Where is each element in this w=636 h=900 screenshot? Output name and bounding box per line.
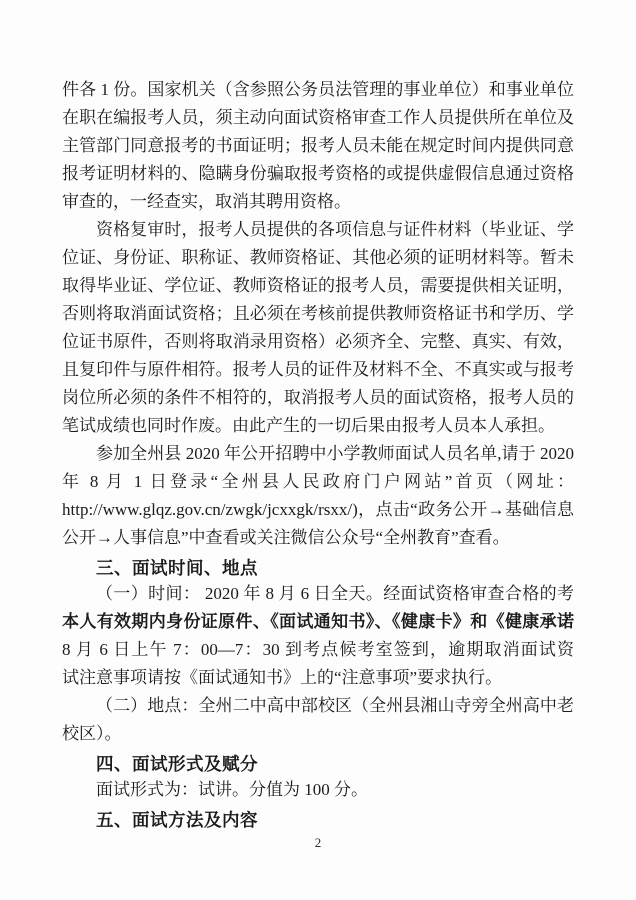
bold-text-segment: 五、面试方法及内容: [96, 810, 258, 830]
text-segment: 年 8 月 1 日登录“全州县人民政府门户网站”首页（网址：: [62, 472, 574, 491]
text-line: 公开→人事信息”中查看或关注微信公众号“全州教育”查看。: [62, 524, 574, 552]
text-segment: 在职在编报考人员，须主动向面试资格审查工作人员提供所在单位及: [62, 108, 574, 127]
text-segment: 取得毕业证、学位证、教师资格证的报考人员，需要提供相关证明，: [62, 276, 574, 295]
text-line: 资格复审时，报考人员提供的各项信息与证件材料（毕业证、学: [62, 216, 574, 244]
text-segment: 件各 1 份。国家机关（含参照公务员法管理的事业单位）和事业单位: [62, 80, 574, 99]
text-segment: （二）地点：全州二中高中部校区（全州县湘山寺旁全州高中老: [96, 696, 574, 715]
text-segment: 资格复审时，报考人员提供的各项信息与证件材料（毕业证、学: [96, 220, 574, 239]
text-segment: 试注意事项请按《面试通知书》上的“注意事项”要求执行。: [62, 668, 502, 687]
text-line: 本人有效期内身份证原件、《面试通知书》、《健康卡》和《健康承诺书》于: [62, 608, 574, 636]
text-line: 参加全州县 2020 年公开招聘中小学教师面试人员名单,请于 2020: [62, 440, 574, 468]
text-line: 岗位所必须的条件不相符的，取消报考人员的面试资格，报考人员的: [62, 384, 574, 412]
section-heading: 五、面试方法及内容: [62, 804, 574, 832]
text-line: （二）地点：全州二中高中部校区（全州县湘山寺旁全州高中老: [62, 692, 574, 720]
text-line: 件各 1 份。国家机关（含参照公务员法管理的事业单位）和事业单位: [62, 76, 574, 104]
text-line: 且复印件与原件相符。报考人员的证件及材料不全、不真实或与报考: [62, 356, 574, 384]
text-segment: http://www.glqz.gov.cn/zwgk/jcxxgk/rsxx/…: [62, 500, 574, 519]
document-page: 件各 1 份。国家机关（含参照公务员法管理的事业单位）和事业单位在职在编报考人员…: [0, 0, 636, 900]
text-line: 面试形式为：试讲。分值为 100 分。: [62, 776, 574, 804]
text-segment: 位证书原件，否则将取消录用资格）必须齐全、完整、真实、有效，: [62, 332, 574, 351]
text-segment: 审查的，一经查实，取消其聘用资格。: [62, 192, 351, 211]
text-line: 年 8 月 1 日登录“全州县人民政府门户网站”首页（网址：: [62, 468, 574, 496]
text-segment: 8 月 6 日上午 7：00—7：30 到考点候考室签到，逾期取消面试资格。面: [62, 640, 574, 664]
text-line: 笔试成绩也同时作废。由此产生的一切后果由报考人员本人承担。: [62, 412, 574, 440]
text-line: 校区）。: [62, 720, 574, 748]
text-segment: 且复印件与原件相符。报考人员的证件及材料不全、不真实或与报考: [62, 360, 574, 379]
text-line: 取得毕业证、学位证、教师资格证的报考人员，需要提供相关证明，: [62, 272, 574, 300]
text-line: 试注意事项请按《面试通知书》上的“注意事项”要求执行。: [62, 664, 574, 692]
text-segment: 公开→人事信息”中查看或关注微信公众号“全州教育”查看。: [62, 528, 510, 547]
text-line: 8 月 6 日上午 7：00—7：30 到考点候考室签到，逾期取消面试资格。面: [62, 636, 574, 664]
text-line: （一）时间： 2020 年 8 月 6 日全天。经面试资格审查合格的考生携: [62, 580, 574, 608]
text-segment: 校区）。: [62, 724, 122, 743]
text-segment: 位证、身份证、职称证、教师资格证、其他必须的证明材料等。暂未: [62, 248, 574, 267]
bold-text-segment: 四、面试形式及赋分: [96, 754, 258, 774]
page-number: 2: [0, 832, 636, 854]
text-segment: 面试形式为：试讲。分值为 100 分。: [96, 780, 368, 799]
text-line: 位证、身份证、职称证、教师资格证、其他必须的证明材料等。暂未: [62, 244, 574, 272]
section-heading: 四、面试形式及赋分: [62, 748, 574, 776]
text-line: 在职在编报考人员，须主动向面试资格审查工作人员提供所在单位及: [62, 104, 574, 132]
text-line: 主管部门同意报考的书面证明；报考人员未能在规定时间内提供同意: [62, 132, 574, 160]
text-line: 否则将取消面试资格；且必须在考核前提供教师资格证书和学历、学: [62, 300, 574, 328]
section-heading: 三、面试时间、地点: [62, 552, 574, 580]
text-segment: 否则将取消面试资格；且必须在考核前提供教师资格证书和学历、学: [62, 304, 574, 323]
text-segment: 报考证明材料的、隐瞒身份骗取报考资格的或提供虚假信息通过资格: [62, 164, 574, 183]
text-segment: 岗位所必须的条件不相符的，取消报考人员的面试资格，报考人员的: [62, 388, 574, 407]
text-segment: 主管部门同意报考的书面证明；报考人员未能在规定时间内提供同意: [62, 136, 574, 155]
text-line: 报考证明材料的、隐瞒身份骗取报考资格的或提供虚假信息通过资格: [62, 160, 574, 188]
text-segment: 笔试成绩也同时作废。由此产生的一切后果由报考人员本人承担。: [62, 416, 555, 435]
document-body: 件各 1 份。国家机关（含参照公务员法管理的事业单位）和事业单位在职在编报考人员…: [62, 76, 574, 832]
text-line: 位证书原件，否则将取消录用资格）必须齐全、完整、真实、有效，: [62, 328, 574, 356]
bold-text-segment: 本人有效期内身份证原件、《面试通知书》、《健康卡》和《健康承诺书》: [62, 612, 574, 636]
text-line: 审查的，一经查实，取消其聘用资格。: [62, 188, 574, 216]
bold-text-segment: 三、面试时间、地点: [96, 558, 258, 578]
text-line: http://www.glqz.gov.cn/zwgk/jcxxgk/rsxx/…: [62, 496, 574, 524]
text-segment: （一）时间： 2020 年 8 月 6 日全天。经面试资格审查合格的考生: [62, 584, 574, 608]
text-segment: 参加全州县 2020 年公开招聘中小学教师面试人员名单,请于 2020: [96, 444, 574, 463]
